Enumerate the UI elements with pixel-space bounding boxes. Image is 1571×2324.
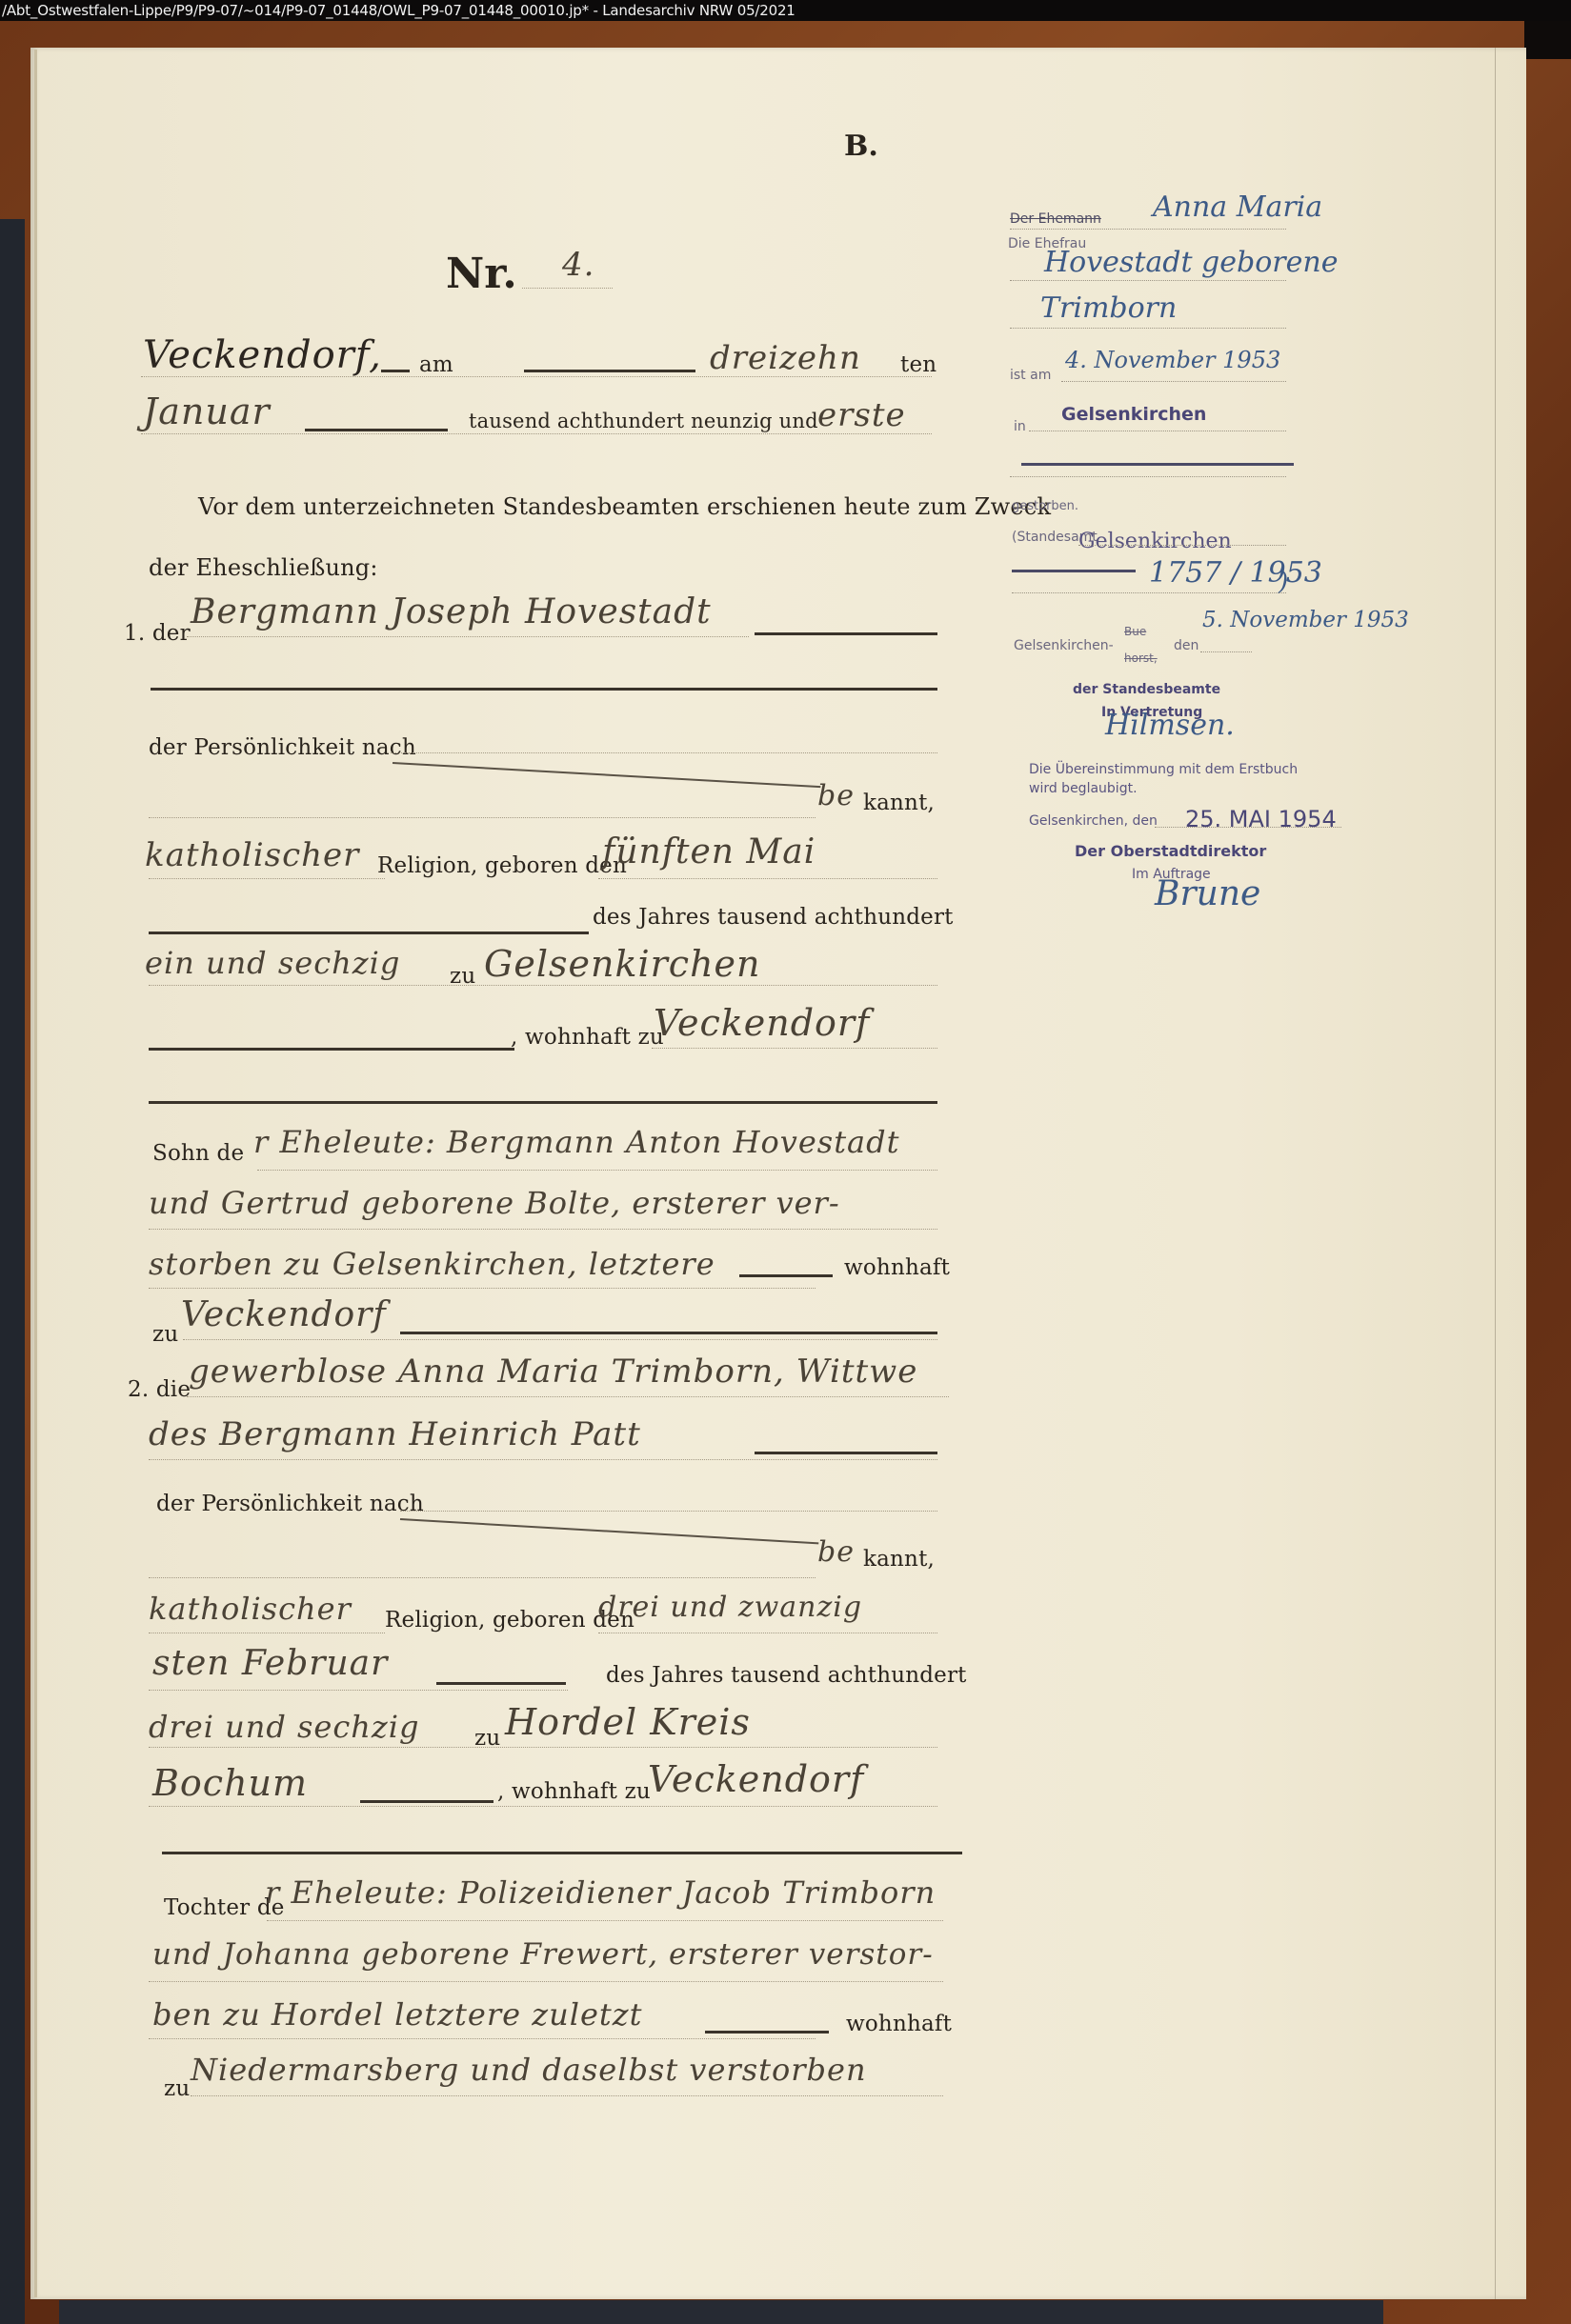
groom-parents-residence-prefix: zu [152, 1322, 178, 1347]
groom-name: Bergmann Joseph Hovestadt [191, 592, 712, 631]
margin-issue-den-label: den [1174, 638, 1198, 653]
bride-residence-label: , wohnhaft zu [497, 1779, 651, 1804]
bride-birth-place-label: zu [474, 1726, 500, 1751]
groom-birth-place: Gelsenkirchen [484, 943, 761, 985]
certification-line-2: wird beglaubigt. [1029, 781, 1138, 796]
groom-residence-label: , wohnhaft zu [511, 1025, 664, 1050]
groom-index-label: 1. der [124, 621, 191, 646]
record-day: dreizehn [710, 339, 861, 377]
margin-date-label: ist am [1010, 368, 1051, 383]
dotted-line [1010, 229, 1286, 230]
dotted-line [149, 1806, 937, 1807]
groom-identity-label: der Persönlichkeit nach [149, 735, 416, 760]
intro-line-1: Vor dem unterzeichneten Standesbeamten e… [198, 493, 1051, 520]
groom-parents-line-3: storben zu Gelsenkirchen, letztere [149, 1246, 715, 1282]
filler-rule [400, 1332, 937, 1334]
filler-rule [755, 1452, 937, 1454]
groom-religion: katholischer [145, 836, 359, 874]
filler-rule [381, 370, 410, 372]
record-month: Januar [143, 391, 271, 432]
filler-rule [524, 370, 695, 372]
groom-parents-label: Sohn de [152, 1141, 244, 1166]
dotted-line [149, 1690, 568, 1691]
filler-rule [739, 1274, 833, 1277]
dotted-line [400, 1511, 937, 1512]
am-label: am [419, 352, 453, 377]
dotted-line [257, 1170, 937, 1171]
dotted-line [149, 1459, 937, 1460]
bride-residence: Veckendorf [648, 1758, 864, 1800]
day-suffix: ten [900, 352, 937, 377]
margin-death-place-stamp: Gelsenkirchen [1061, 404, 1206, 425]
record-number-value: 4. [562, 246, 594, 284]
bride-parents-residence: Niedermarsberg und daselbst verstorben [191, 2052, 867, 2088]
bride-parents-line-1: r Eheleute: Polizeidiener Jacob Trimborn [265, 1874, 936, 1911]
bride-birth-day-line-2: sten Februar [152, 1644, 388, 1683]
dotted-line [598, 1633, 937, 1633]
margin-registrar-label: der Standesbeamte [1073, 682, 1220, 697]
bride-birth-place-line-2: Bochum [152, 1762, 308, 1804]
margin-issue-place: Gelsenkirchen- [1014, 638, 1114, 653]
dotted-line [1061, 381, 1286, 382]
year-label: tausend achthundert neunzig und [469, 410, 818, 432]
filler-rule [755, 632, 937, 635]
record-number-label: Nr. [446, 250, 517, 298]
bride-parents-residence-label: wohnhaft [846, 2012, 952, 2036]
bride-name-line-2: des Bergmann Heinrich Patt [149, 1415, 641, 1453]
filler-rule [162, 1852, 962, 1854]
bride-index-label: 2. die [128, 1377, 191, 1402]
record-place: Veckendorf, [143, 333, 382, 377]
window-title-bar: /Abt_Ostwestfalen-Lippe/P9/P9-07/~014/P9… [0, 0, 1571, 21]
bride-birth-place-line-1: Hordel Kreis [505, 1701, 751, 1743]
margin-issue-date: 5. November 1953 [1202, 608, 1409, 632]
groom-birth-day: fünften Mai [602, 832, 816, 871]
dotted-line [652, 1048, 937, 1049]
bride-birth-year-label: des Jahres tausend achthundert [606, 1663, 967, 1688]
dotted-line [183, 1339, 937, 1340]
certification-place-label: Gelsenkirchen, den [1029, 813, 1158, 829]
groom-religion-label: Religion, geboren den [377, 853, 627, 878]
intro-line-2: der Eheschließung: [149, 554, 378, 581]
filler-rule [151, 688, 937, 691]
dotted-line [149, 1577, 816, 1578]
bride-known-prefix: be [817, 1535, 855, 1569]
filler-rule [705, 2031, 829, 2033]
bride-parents-line-3: ben zu Hordel letztere zuletzt [152, 1996, 642, 2033]
dotted-line [187, 1396, 949, 1397]
bride-religion: katholischer [149, 1591, 352, 1627]
book-cover-corner [1524, 21, 1571, 59]
dotted-line [1010, 476, 1286, 477]
margin-register-number: 1757 / 1953 [1149, 556, 1322, 590]
dotted-line [598, 878, 937, 879]
bride-identity-label: der Persönlichkeit nach [156, 1492, 424, 1516]
certification-authority: Der Oberstadtdirektor [1075, 842, 1266, 860]
certification-line-1: Die Übereinstimmung mit dem Erstbuch [1029, 762, 1298, 777]
dotted-line [391, 752, 937, 753]
filler-rule [305, 429, 448, 431]
dotted-line [149, 1981, 943, 1982]
dotted-line [149, 878, 385, 879]
dotted-line [1010, 328, 1286, 329]
bride-parents-residence-prefix: zu [164, 2076, 190, 2101]
bride-birth-year: drei und sechzig [149, 1709, 419, 1745]
dotted-line [149, 1747, 937, 1748]
margin-register-close: ) [1279, 568, 1288, 596]
dotted-line [267, 1920, 943, 1921]
groom-birth-place-label: zu [450, 964, 475, 989]
groom-parents-line-1: r Eheleute: Bergmann Anton Hovestadt [253, 1124, 899, 1160]
filler-rule [149, 932, 589, 934]
book-cloth-spine [0, 219, 25, 2324]
dotted-line [149, 2038, 816, 2039]
book-cloth-bottom [59, 2300, 1383, 2324]
groom-birth-year-label: des Jahres tausend achthundert [593, 905, 954, 930]
bride-parents-line-2: und Johanna geborene Frewert, ersterer v… [152, 1937, 934, 1972]
dotted-line [149, 817, 816, 818]
dotted-line [1078, 545, 1286, 546]
margin-issue-struck-2: horst, [1124, 651, 1158, 665]
margin-rule [1021, 463, 1294, 466]
margin-place-label: in [1014, 419, 1026, 434]
filler-rule [149, 1101, 937, 1104]
page-edge [34, 50, 37, 2297]
dotted-line [149, 1288, 816, 1289]
margin-registry-stamp: Gelsenkirchen [1078, 530, 1232, 553]
dotted-line [1029, 431, 1286, 431]
dotted-line [1200, 651, 1252, 652]
section-letter: B. [844, 130, 878, 163]
bride-religion-label: Religion, geboren den [385, 1608, 634, 1633]
margin-name-line-3: Trimborn [1040, 291, 1177, 325]
groom-parents-residence: Veckendorf [181, 1295, 387, 1334]
margin-name-line-1: Anna Maria [1153, 190, 1322, 224]
dotted-line [191, 2095, 943, 2096]
margin-rule [1012, 570, 1136, 572]
certification-date-stamp: 25. MAI 1954 [1185, 806, 1337, 832]
filler-rule [436, 1682, 566, 1685]
window-title: /Abt_Ostwestfalen-Lippe/P9/P9-07/~014/P9… [2, 2, 796, 19]
margin-died-label: gestorben. [1012, 499, 1078, 513]
dotted-line [149, 1229, 937, 1230]
certification-signature: Brune [1155, 874, 1260, 913]
record-year: erste [817, 396, 906, 434]
groom-birth-year: ein und sechzig [145, 945, 400, 981]
dotted-line [1012, 592, 1286, 593]
groom-known-prefix: be [817, 779, 855, 812]
bride-birth-day-line-1: drei und zwanzig [598, 1591, 862, 1624]
bride-name-line-1: gewerblose Anna Maria Trimborn, Wittwe [189, 1352, 917, 1391]
dotted-line [149, 1633, 385, 1633]
groom-name-line [187, 636, 749, 637]
groom-residence: Veckendorf [654, 1002, 870, 1044]
groom-parents-residence-label: wohnhaft [844, 1255, 950, 1280]
groom-known-label: kannt, [863, 791, 935, 815]
filler-rule [360, 1800, 493, 1803]
margin-death-date: 4. November 1953 [1065, 347, 1280, 373]
bride-known-label: kannt, [863, 1547, 935, 1572]
margin-name-line-2: Hovestadt geborene [1044, 246, 1338, 279]
margin-registrar-signature: Hilmsen. [1105, 709, 1235, 742]
filler-rule [149, 1048, 514, 1051]
margin-issue-struck-1: Bue [1124, 625, 1146, 638]
dotted-line [149, 985, 937, 986]
header-line-2 [141, 433, 932, 434]
page-fold [1495, 48, 1496, 2299]
dotted-line [1010, 280, 1286, 281]
groom-parents-line-2: und Gertrud geborene Bolte, ersterer ver… [149, 1185, 840, 1221]
margin-struck-husband-label: Der Ehemann [1010, 211, 1101, 227]
record-number-line [522, 288, 613, 289]
